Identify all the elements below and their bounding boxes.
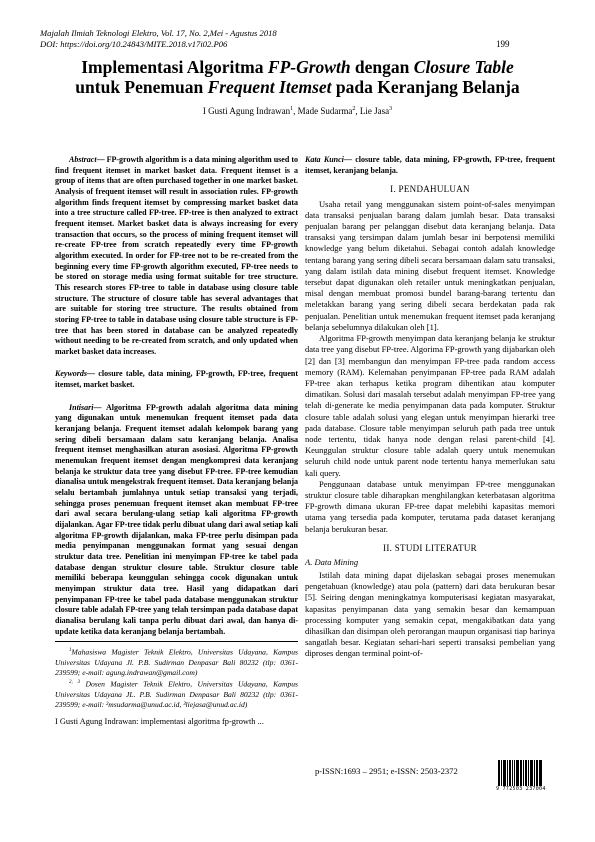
keywords-label: Keywords bbox=[55, 369, 87, 378]
journal-citation: Majalah Ilmiah Teknologi Elektro, Vol. 1… bbox=[40, 28, 277, 39]
paragraph: Usaha retail yang menggunakan sistem poi… bbox=[305, 199, 555, 333]
running-header: Majalah Ilmiah Teknologi Elektro, Vol. 1… bbox=[40, 28, 277, 50]
title-text: pada Keranjang Belanja bbox=[332, 77, 520, 97]
section-heading-studi-literatur: II. STUDI LITERATUR bbox=[305, 543, 555, 554]
paper-title: Implementasi Algoritma FP-Growth dengan … bbox=[0, 57, 595, 97]
paragraph: Istilah data mining dapat dijelaskan seb… bbox=[305, 570, 555, 660]
title-text: dengan bbox=[351, 57, 414, 77]
title-italic: Closure Table bbox=[414, 57, 514, 77]
author-name: Lie Jasa bbox=[360, 106, 389, 116]
keywords: Keywords— closure table, data mining, FP… bbox=[55, 369, 298, 390]
title-text: Implementasi Algoritma bbox=[81, 57, 268, 77]
section-heading-pendahuluan: I. PENDAHULUAN bbox=[305, 184, 555, 195]
left-column: Abstract— FP-growth algorithm is a data … bbox=[55, 155, 298, 727]
barcode-icon bbox=[498, 760, 550, 786]
keywords-text: — closure table, data mining, FP-growth,… bbox=[55, 369, 298, 389]
subsection-heading-data-mining: A. Data Mining bbox=[305, 557, 555, 568]
kata-kunci: Kata Kunci— closure table, data mining, … bbox=[305, 155, 555, 176]
title-italic: Frequent Itemset bbox=[208, 77, 332, 97]
footnote-text: Mahasiswa Magister Teknik Elektro, Unive… bbox=[55, 648, 298, 677]
affiliation-marker: 3 bbox=[389, 106, 392, 112]
footnote-divider bbox=[55, 641, 298, 642]
affiliation-marker: 1 bbox=[290, 106, 293, 112]
barcode-number: 9 772503 237004 bbox=[496, 786, 546, 792]
footnote-text: Dosen Magister Teknik Elektro, Universit… bbox=[55, 680, 298, 709]
running-footer: I Gusti Agung Indrawan: implementasi alg… bbox=[55, 717, 298, 728]
page-number: 199 bbox=[496, 39, 510, 49]
intisari: Intisari— Algoritma FP-growth adalah alg… bbox=[55, 403, 298, 637]
title-text: untuk Penemuan bbox=[75, 77, 207, 97]
abstract: Abstract— FP-growth algorithm is a data … bbox=[55, 155, 298, 357]
author-list: I Gusti Agung Indrawan1, Made Sudarma2, … bbox=[0, 106, 595, 116]
paragraph: Penggunaan database untuk menyimpan FP-t… bbox=[305, 479, 555, 535]
intisari-text: — Algoritma FP-growth adalah algoritma d… bbox=[55, 403, 298, 636]
abstract-text: — FP-growth algorithm is a data mining a… bbox=[55, 155, 298, 356]
footnote-marker: 2, 3 bbox=[69, 680, 80, 685]
intisari-label: Intisari bbox=[69, 403, 93, 412]
affiliation-marker: 2 bbox=[352, 106, 355, 112]
doi-link[interactable]: DOI: https://doi.org/10.24843/MITE.2018.… bbox=[40, 39, 277, 50]
right-column: Kata Kunci— closure table, data mining, … bbox=[305, 155, 555, 660]
abstract-label: Abstract bbox=[69, 155, 97, 164]
kata-kunci-label: Kata Kunci bbox=[305, 155, 344, 164]
paragraph: Algoritma FP-growth menyimpan data keran… bbox=[305, 333, 555, 479]
author-name: Made Sudarma bbox=[298, 106, 353, 116]
footnote-1: 1Mahasiswa Magister Teknik Elektro, Univ… bbox=[55, 646, 298, 678]
issn-line: p-ISSN:1693 – 2951; e-ISSN: 2503-2372 bbox=[315, 766, 458, 776]
author-name: I Gusti Agung Indrawan bbox=[203, 106, 290, 116]
footnote-2: 2, 3 Dosen Magister Teknik Elektro, Univ… bbox=[55, 678, 298, 710]
title-italic: FP-Growth bbox=[268, 57, 351, 77]
